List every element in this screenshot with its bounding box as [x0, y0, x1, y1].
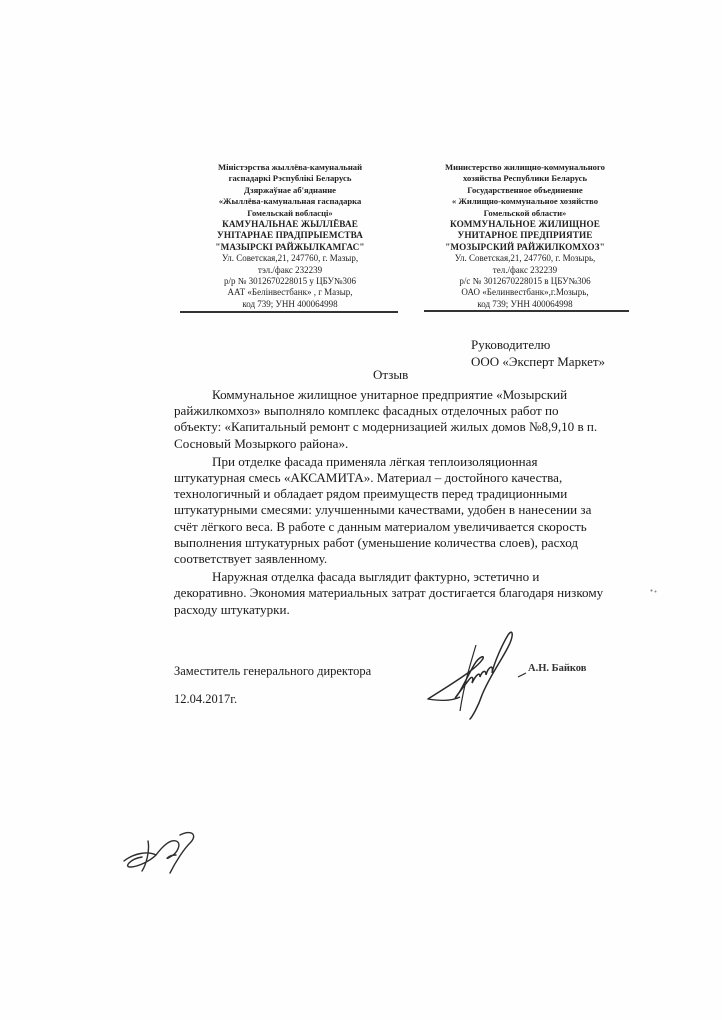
- contact-line: тел./факс 232239: [420, 265, 630, 276]
- initials-signature-icon: [120, 825, 200, 880]
- signature-date: 12.04.2017г.: [174, 692, 237, 707]
- contact-line: р/с № 3012670228015 в ЦБУ№306: [420, 276, 630, 287]
- scan-speck: [650, 589, 658, 593]
- contact-line: Ул. Советская,21, 247760, г. Мазыр,: [180, 253, 400, 264]
- paragraph: При отделке фасада применяла лёгкая тепл…: [174, 454, 614, 567]
- paragraph: Наружная отделка фасада выглядит фактурн…: [174, 569, 614, 618]
- org-name-line: УНИТАРНОЕ ПРЕДПРИЯТИЕ: [420, 230, 630, 241]
- letterhead-line: Міністэрства жыллёва-камунальнай: [180, 162, 400, 173]
- letterhead-line: гаспадаркі Рэспублікі Беларусь: [180, 173, 400, 184]
- letterhead-line: «Жыллёва-камунальная гаспадарка: [180, 196, 400, 207]
- signer-name: А.Н. Байков: [528, 663, 586, 674]
- contact-line: р/р № 3012670228015 у ЦБУ№306: [180, 276, 400, 287]
- addressee-block: Руководителю ООО «Эксперт Маркет»: [471, 336, 605, 370]
- letterhead-divider: [424, 310, 629, 312]
- document-page: Міністэрства жыллёва-камунальнай гаспада…: [0, 0, 722, 1020]
- org-name-line: "МОЗЫРСКИЙ РАЙЖИЛКОМХОЗ": [420, 242, 630, 253]
- text-line: технологичный и обладает рядом преимущес…: [174, 486, 614, 502]
- letterhead-belarusian: Міністэрства жыллёва-камунальнай гаспада…: [180, 162, 400, 310]
- text-line: штукатурными смесями: улучшенными качест…: [174, 502, 614, 518]
- contact-line: код 739; УНН 400064998: [420, 299, 630, 310]
- signer-position: Заместитель генерального директора: [174, 664, 371, 679]
- letterhead-line: « Жилищно-коммунальное хозяйство: [420, 196, 630, 207]
- text-line: штукатурная смесь «АКСАМИТА». Материал –…: [174, 470, 614, 486]
- letter-body: Коммунальное жилищное унитарное предприя…: [174, 387, 614, 620]
- text-line: объекту: «Капитальный ремонт с модерниза…: [174, 419, 614, 435]
- text-line: выполнения штукатурных работ (уменьшение…: [174, 535, 614, 551]
- text-line: Коммунальное жилищное унитарное предприя…: [174, 387, 614, 403]
- letterhead-russian: Министерство жилищно-коммунального хозяй…: [420, 162, 630, 310]
- addressee-position: Руководителю: [471, 336, 605, 353]
- letterhead-line: Министерство жилищно-коммунального: [420, 162, 630, 173]
- text-line: декоративно. Экономия материальных затра…: [174, 585, 614, 601]
- letterhead-line: Государственное объединение: [420, 185, 630, 196]
- handwritten-signature-icon: [420, 615, 530, 725]
- letterhead-line: Гомельской области»: [420, 208, 630, 219]
- text-line: счёт лёгкого веса. В работе с данным мат…: [174, 519, 614, 535]
- addressee-company: ООО «Эксперт Маркет»: [471, 353, 605, 370]
- letterhead-line: Гомельскай вобласці»: [180, 208, 400, 219]
- text-line: Сосновый Мозыркого района».: [174, 436, 614, 452]
- org-name-line: "МАЗЫРСКІ РАЙЖЫЛКАМГАС": [180, 242, 400, 253]
- org-name-line: УНІТАРНАЕ ПРАДПРЫЕМСТВА: [180, 230, 400, 241]
- letterhead-divider: [180, 311, 398, 313]
- org-name-line: КАМУНАЛЬНАЕ ЖЫЛЛЁВАЕ: [180, 219, 400, 230]
- text-line: При отделке фасада применяла лёгкая тепл…: [174, 454, 614, 470]
- text-line: райжилкомхоз» выполняло комплекс фасадны…: [174, 403, 614, 419]
- document-title: Отзыв: [373, 367, 408, 383]
- contact-line: тэл./факс 232239: [180, 265, 400, 276]
- org-name-line: КОММУНАЛЬНОЕ ЖИЛИЩНОЕ: [420, 219, 630, 230]
- contact-line: ААТ «Белінвестбанк» , г Мазыр,: [180, 287, 400, 298]
- contact-line: ОАО «Белинвестбанк»,г.Мозырь,: [420, 287, 630, 298]
- text-line: соответствует заявленному.: [174, 551, 614, 567]
- paragraph: Коммунальное жилищное унитарное предприя…: [174, 387, 614, 452]
- text-line: расходу штукатурки.: [174, 602, 614, 618]
- text-line: Наружная отделка фасада выглядит фактурн…: [174, 569, 614, 585]
- contact-line: код 739; УНН 400064998: [180, 299, 400, 310]
- letterhead-line: хозяйства Республики Беларусь: [420, 173, 630, 184]
- contact-line: Ул. Советская,21, 247760, г. Мозырь,: [420, 253, 630, 264]
- letterhead-line: Дзяржаўнае аб'яднанне: [180, 185, 400, 196]
